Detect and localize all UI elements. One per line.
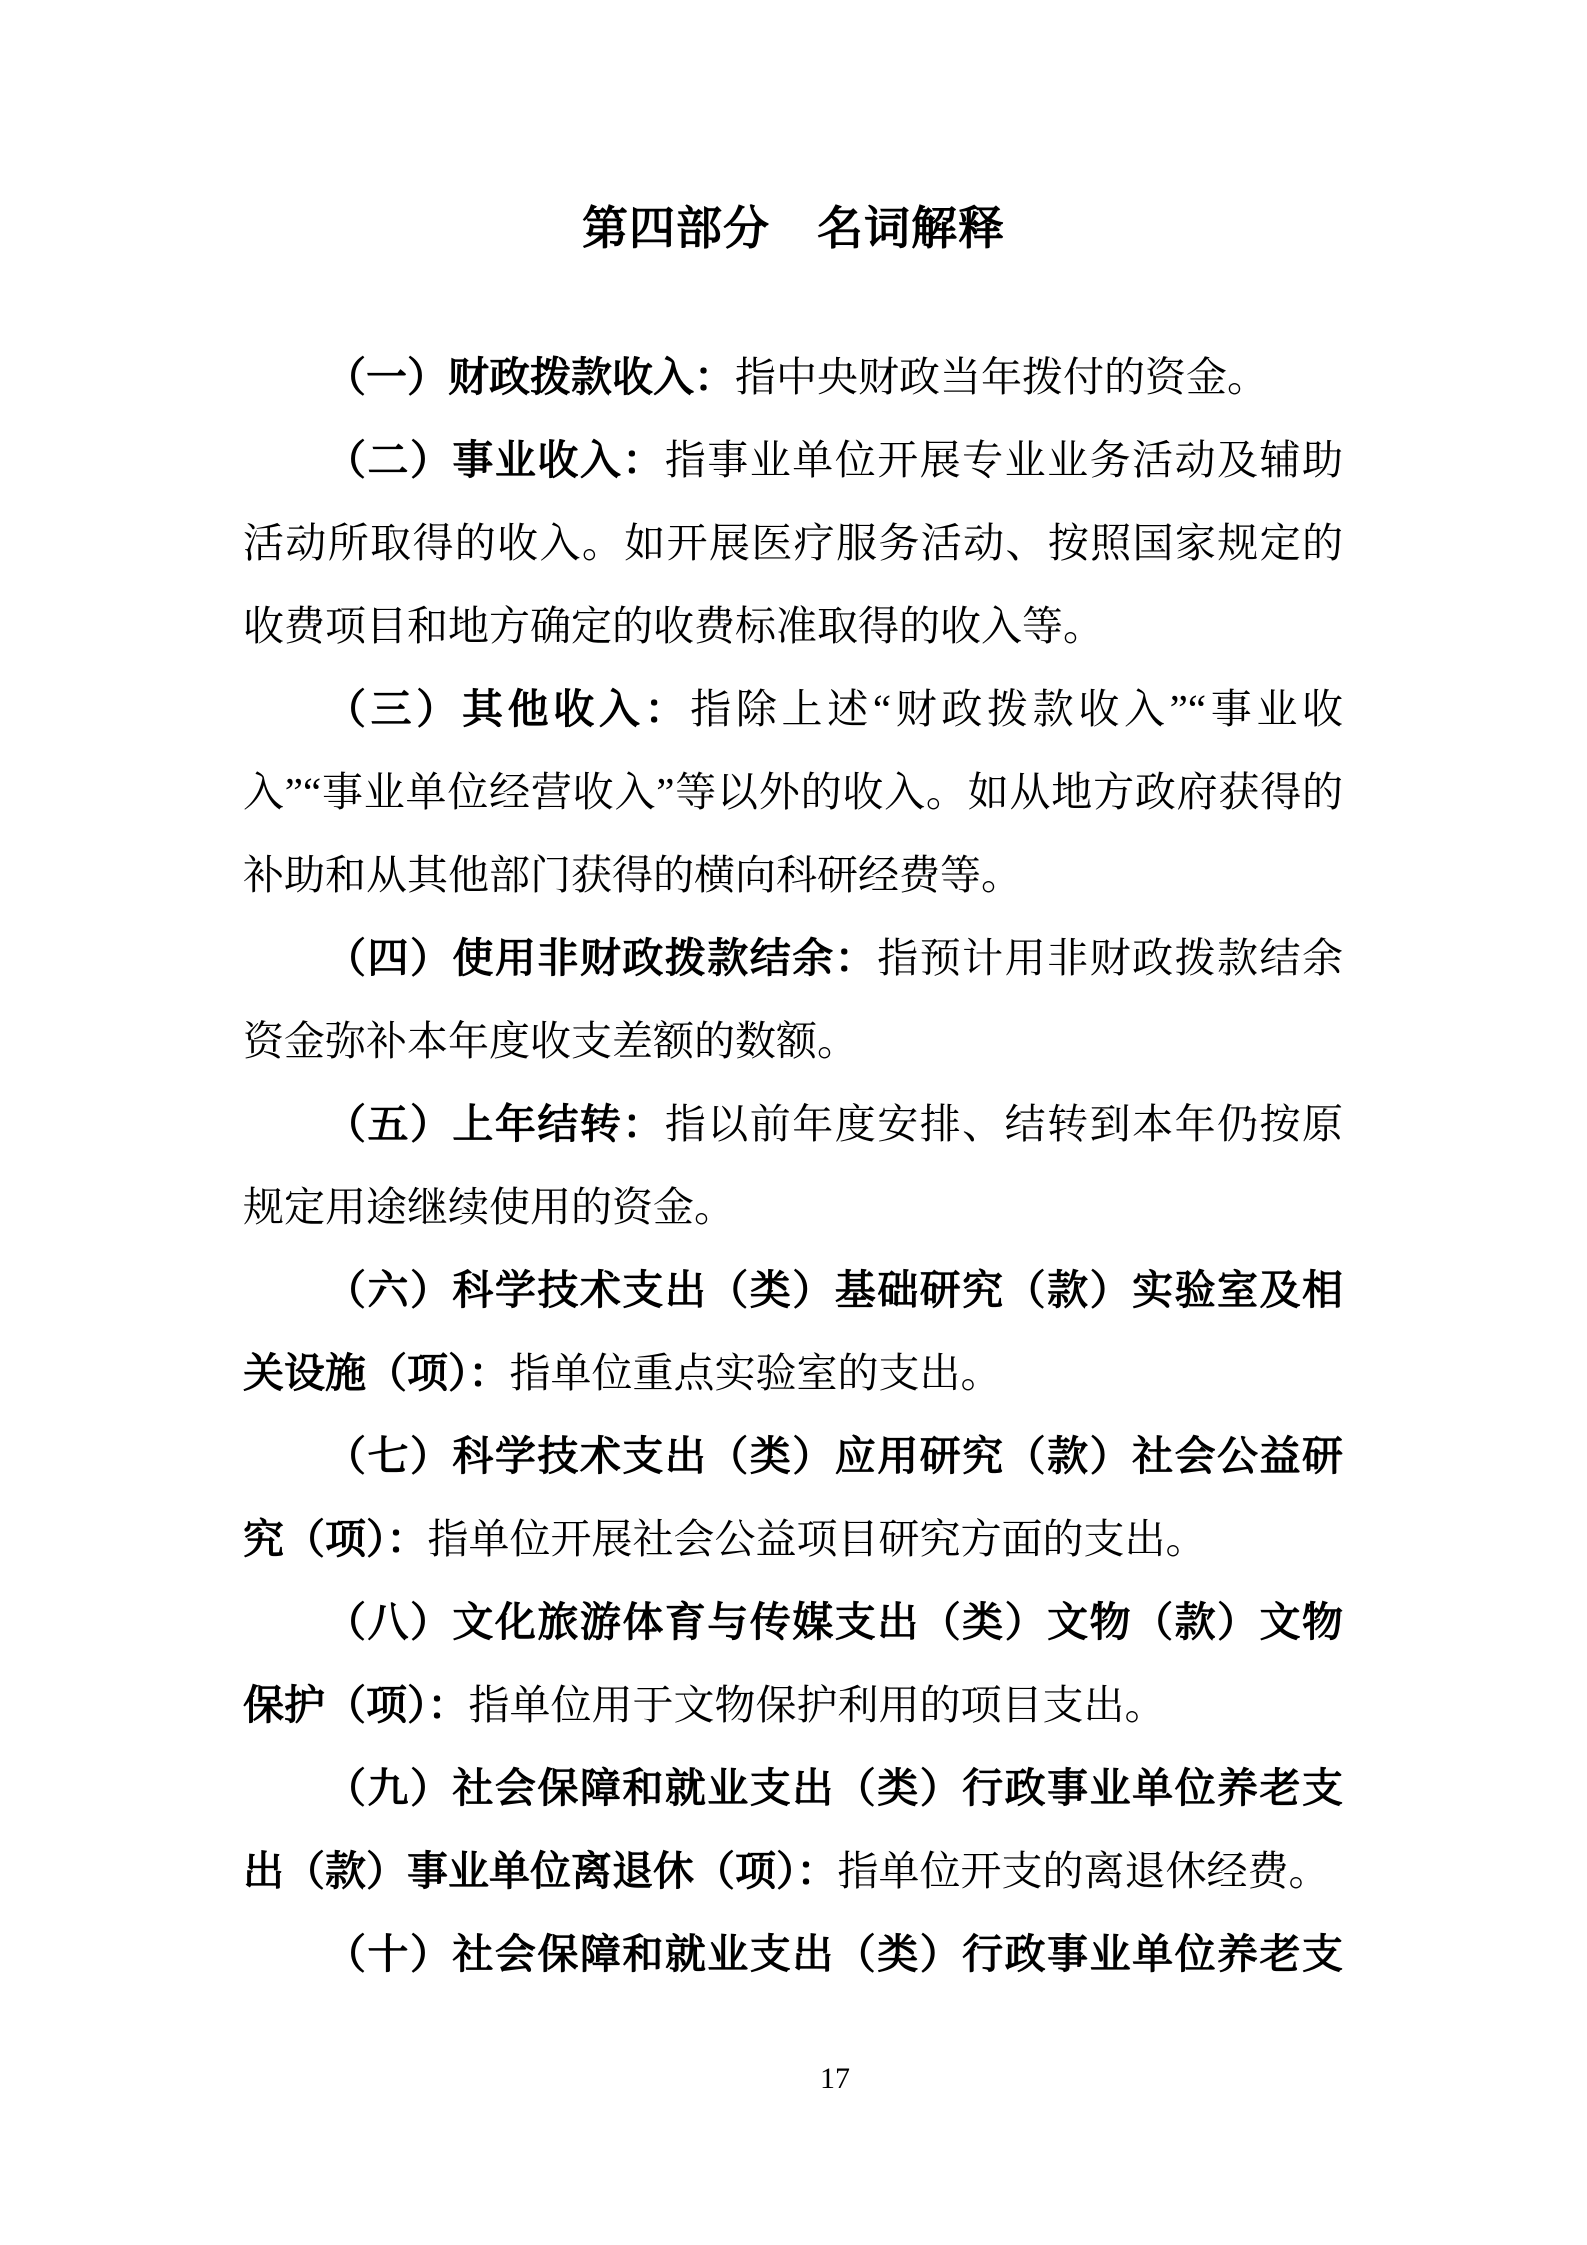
page-number: 17: [83, 2060, 1587, 2098]
definition-text: 规定用途继续使用的资金。: [243, 1184, 735, 1230]
definition-text: 指中央财政当年拨付的资金。: [735, 354, 1268, 400]
body-line: （一）财政拨款收入：指中央财政当年拨付的资金。: [243, 336, 1343, 419]
term-text: （四）使用非财政拨款结余：: [325, 935, 877, 981]
body-line: 关设施（项）：指单位重点实验室的支出。: [243, 1332, 1343, 1415]
term-text: （七）科学技术支出（类）应用研究（款）社会公益研: [325, 1433, 1343, 1479]
body-line: 资金弥补本年度收支差额的数额。: [243, 1000, 1343, 1083]
definitions-body: （一）财政拨款收入：指中央财政当年拨付的资金。（二）事业收入：指事业单位开展专业…: [243, 336, 1343, 1996]
body-line: （四）使用非财政拨款结余：指预计用非财政拨款结余: [243, 917, 1343, 1000]
definition-text: 入”“事业单位经营收入”等以外的收入。如从地方政府获得的: [243, 769, 1343, 815]
body-line: 入”“事业单位经营收入”等以外的收入。如从地方政府获得的: [243, 751, 1343, 834]
term-text: 究（项）：: [243, 1516, 428, 1562]
body-line: 究（项）：指单位开展社会公益项目研究方面的支出。: [243, 1498, 1343, 1581]
term-text: （九）社会保障和就业支出（类）行政事业单位养老支: [325, 1765, 1343, 1811]
term-text: 出（款）事业单位离退休（项）：: [243, 1848, 838, 1894]
body-line: 保护（项）：指单位用于文物保护利用的项目支出。: [243, 1664, 1343, 1747]
term-text: （二）事业收入：: [325, 437, 665, 483]
term-text: 保护（项）：: [243, 1682, 469, 1728]
term-text: （六）科学技术支出（类）基础研究（款）实验室及相: [325, 1267, 1343, 1313]
definition-text: 收费项目和地方确定的收费标准取得的收入等。: [243, 603, 1104, 649]
body-line: （九）社会保障和就业支出（类）行政事业单位养老支: [243, 1747, 1343, 1830]
term-text: （八）文化旅游体育与传媒支出（类）文物（款）文物: [325, 1599, 1343, 1645]
definition-text: 指单位开展社会公益项目研究方面的支出。: [428, 1516, 1207, 1562]
term-text: （一）财政拨款收入：: [325, 354, 735, 400]
body-line: （七）科学技术支出（类）应用研究（款）社会公益研: [243, 1415, 1343, 1498]
body-line: （十）社会保障和就业支出（类）行政事业单位养老支: [243, 1913, 1343, 1996]
definition-text: 资金弥补本年度收支差额的数额。: [243, 1018, 858, 1064]
body-line: 规定用途继续使用的资金。: [243, 1166, 1343, 1249]
body-line: （八）文化旅游体育与传媒支出（类）文物（款）文物: [243, 1581, 1343, 1664]
body-line: （六）科学技术支出（类）基础研究（款）实验室及相: [243, 1249, 1343, 1332]
definition-text: 指单位开支的离退休经费。: [838, 1848, 1330, 1894]
definition-text: 补助和从其他部门获得的横向科研经费等。: [243, 852, 1022, 898]
body-line: 补助和从其他部门获得的横向科研经费等。: [243, 834, 1343, 917]
term-text: （三）其他收入：: [325, 686, 690, 732]
body-line: 收费项目和地方确定的收费标准取得的收入等。: [243, 585, 1343, 668]
definition-text: 指单位用于文物保护利用的项目支出。: [469, 1682, 1166, 1728]
body-line: 出（款）事业单位离退休（项）：指单位开支的离退休经费。: [243, 1830, 1343, 1913]
document-page: 第四部分 名词解释 （一）财政拨款收入：指中央财政当年拨付的资金。（二）事业收入…: [0, 0, 1587, 2245]
term-text: 关设施（项）：: [243, 1350, 510, 1396]
definition-text: 活动所取得的收入。如开展医疗服务活动、按照国家规定的: [243, 520, 1343, 566]
definition-text: 指以前年度安排、结转到本年仍按原: [665, 1101, 1343, 1147]
definition-text: 指单位重点实验室的支出。: [510, 1350, 1002, 1396]
term-text: （五）上年结转：: [325, 1101, 665, 1147]
body-line: （二）事业收入：指事业单位开展专业业务活动及辅助: [243, 419, 1343, 502]
document-title: 第四部分 名词解释: [0, 200, 1587, 256]
body-line: 活动所取得的收入。如开展医疗服务活动、按照国家规定的: [243, 502, 1343, 585]
definition-text: 指预计用非财政拨款结余: [877, 935, 1343, 981]
body-line: （五）上年结转：指以前年度安排、结转到本年仍按原: [243, 1083, 1343, 1166]
term-text: （十）社会保障和就业支出（类）行政事业单位养老支: [325, 1931, 1343, 1977]
definition-text: 指事业单位开展专业业务活动及辅助: [665, 437, 1343, 483]
definition-text: 指除上述“财政拨款收入”“事业收: [690, 686, 1343, 732]
body-line: （三）其他收入：指除上述“财政拨款收入”“事业收: [243, 668, 1343, 751]
